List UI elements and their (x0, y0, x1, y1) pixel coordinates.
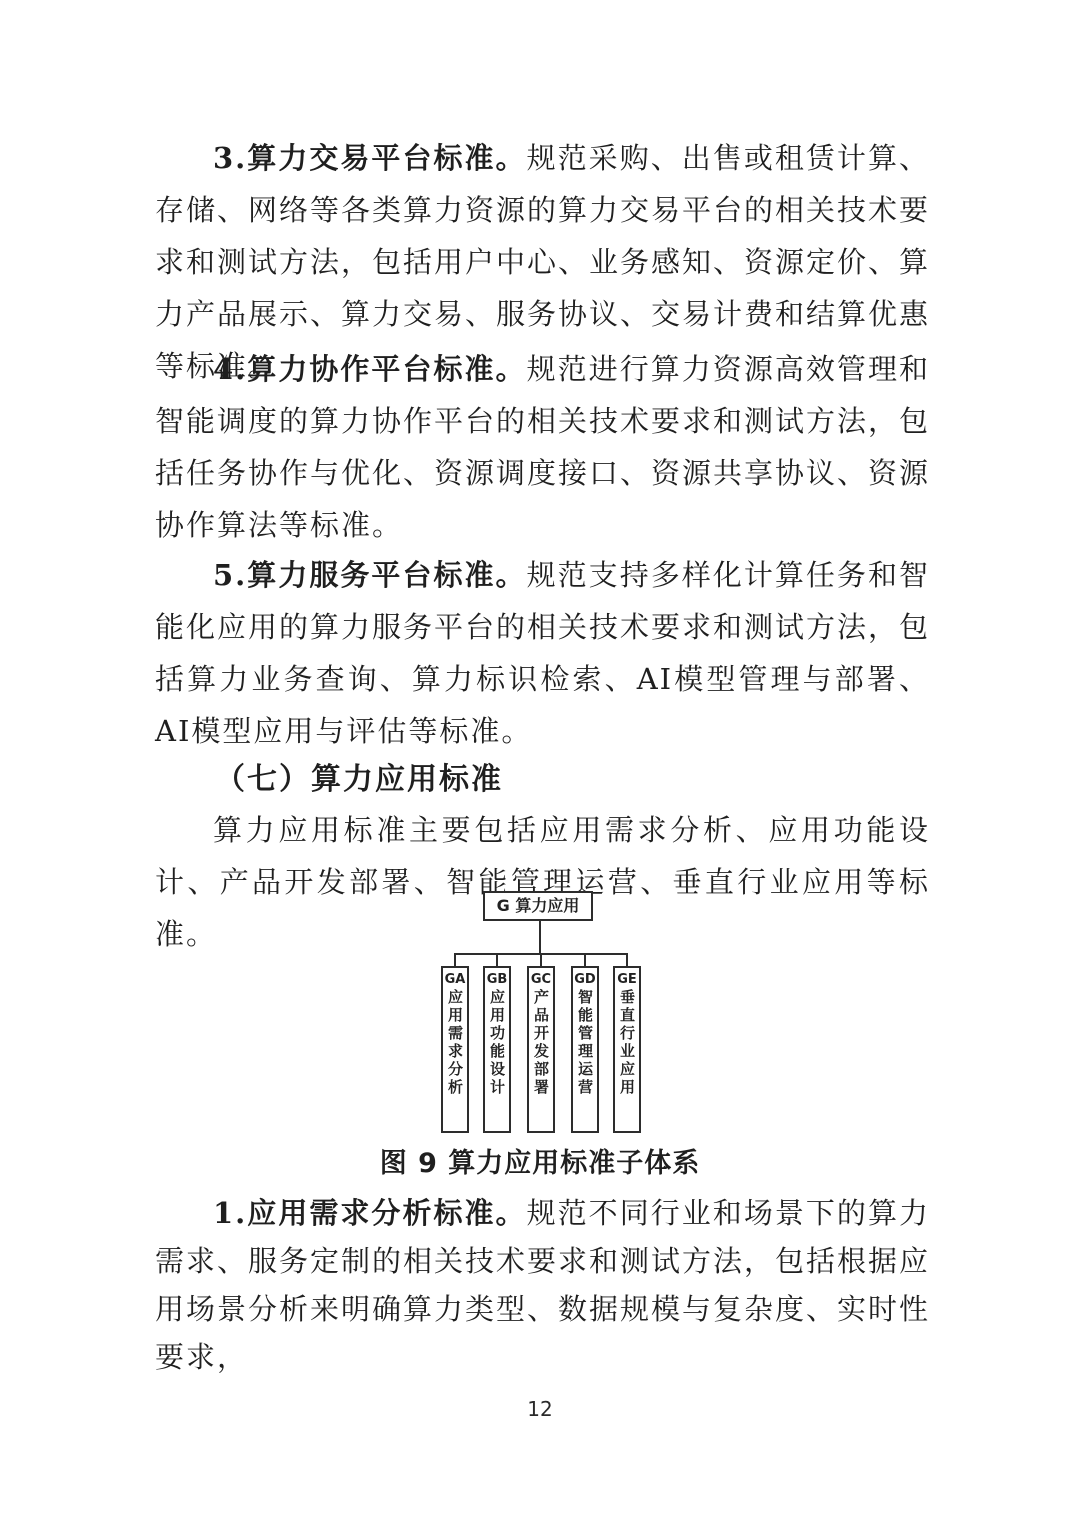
chart-box-ge: GE 垂直行业应用 (613, 966, 641, 1133)
section-intro-paragraph: 算力应用标准主要包括应用需求分析、应用功能设计、产品开发部署、智能管理运营、垂直… (155, 804, 930, 960)
chart-box-gc-code: GC (529, 971, 553, 989)
paragraph-4-lead: 4.算力协作平台标准。 (213, 352, 527, 386)
chart-box-gd-label: 智能管理运营 (575, 989, 595, 1097)
paragraph-5-lead: 5.算力服务平台标准。 (213, 558, 527, 592)
paragraph-4: 4.算力协作平台标准。规范进行算力资源高效管理和智能调度的算力协作平台的相关技术… (155, 343, 930, 551)
chart-box-gc: GC 产品开发部署 (527, 966, 555, 1133)
section-heading: （七）算力应用标准 (155, 754, 930, 806)
chart-box-ga: GA 应用需求分析 (441, 966, 469, 1133)
chart-box-gd: GD 智能管理运营 (571, 966, 599, 1133)
page-number: 12 (0, 1397, 1080, 1421)
paragraph-5: 5.算力服务平台标准。规范支持多样化计算任务和智能化应用的算力服务平台的相关技术… (155, 549, 930, 757)
chart-box-gd-code: GD (573, 971, 597, 989)
chart-box-ga-label: 应用需求分析 (445, 989, 465, 1097)
chart-box-gb: GB 应用功能设计 (483, 966, 511, 1133)
chart-box-ga-code: GA (443, 971, 467, 989)
figure-caption: 图 9 算力应用标准子体系 (0, 1147, 1080, 1181)
chart-box-gb-code: GB (485, 971, 509, 989)
chart-box-ge-code: GE (615, 971, 639, 989)
chart-box-ge-label: 垂直行业应用 (617, 989, 637, 1097)
chart-box-gb-label: 应用功能设计 (487, 989, 507, 1097)
paragraph-1-lead: 1.应用需求分析标准。 (213, 1196, 527, 1230)
chart-box-gc-label: 产品开发部署 (531, 989, 551, 1097)
paragraph-1-application: 1.应用需求分析标准。规范不同行业和场景下的算力需求、服务定制的相关技术要求和测… (155, 1189, 930, 1381)
paragraph-3-lead: 3.算力交易平台标准。 (213, 141, 527, 175)
